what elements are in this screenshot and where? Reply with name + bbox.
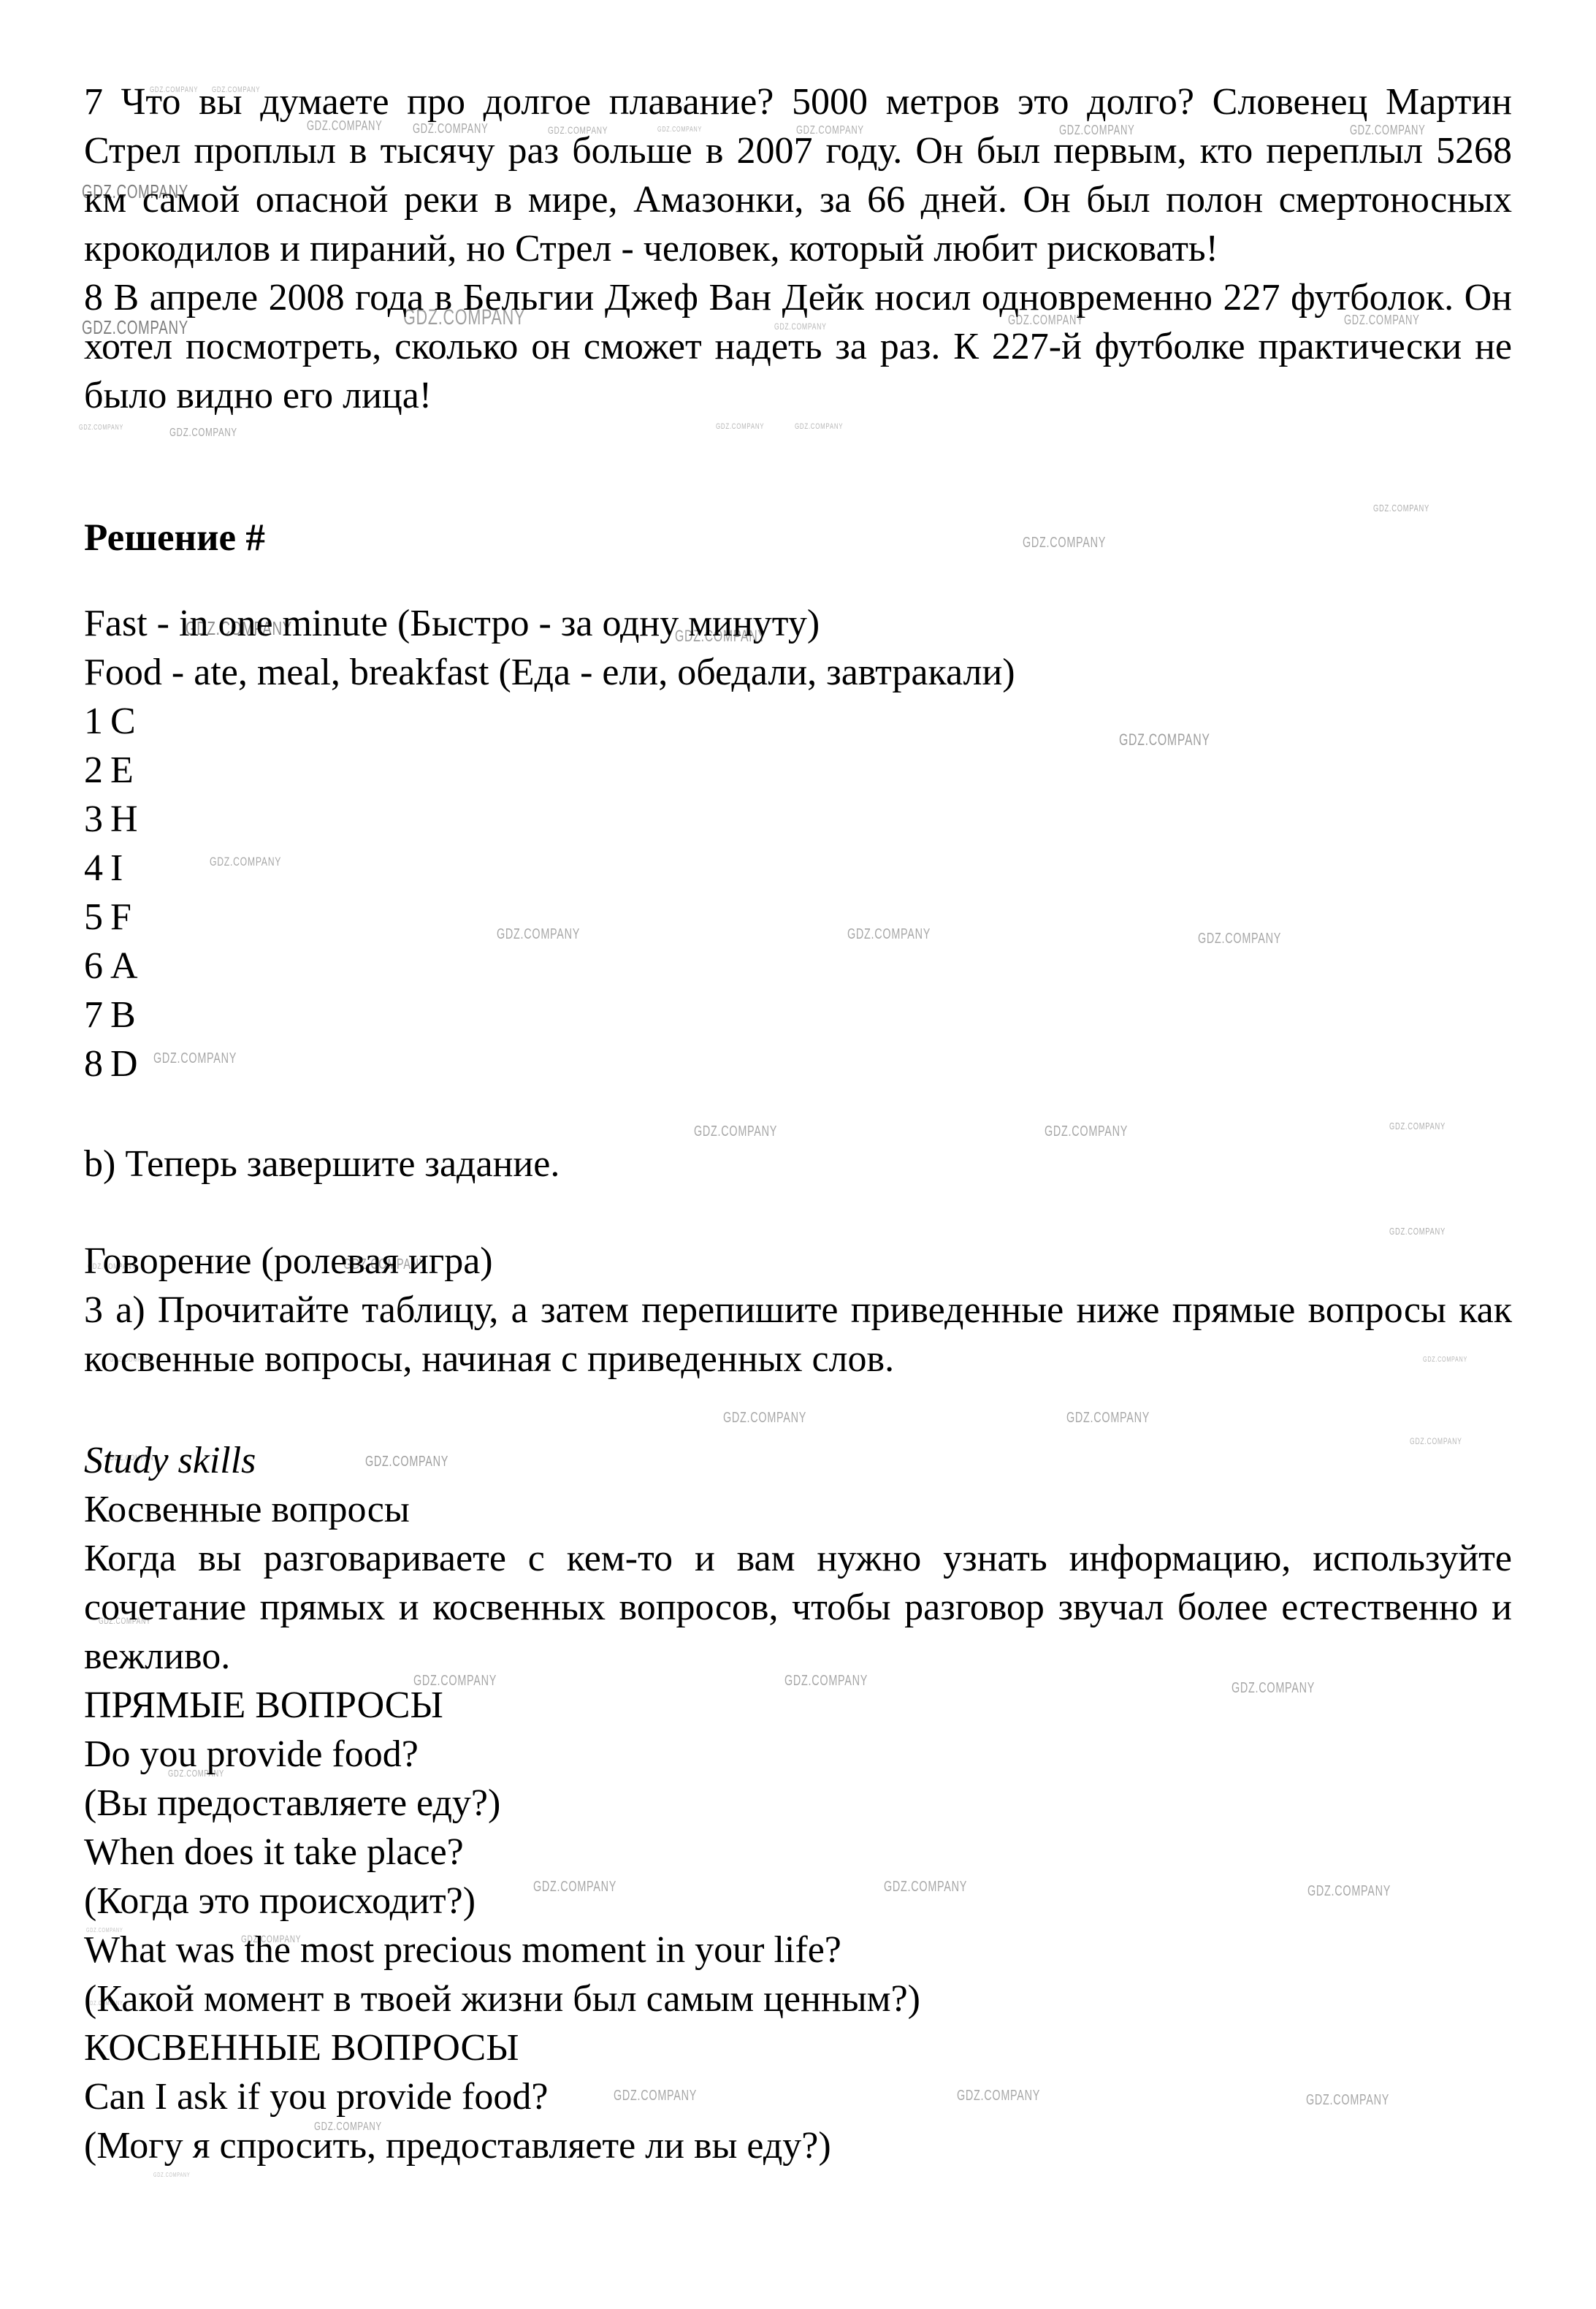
study-skills-heading: Study skills [84,1436,1512,1485]
answer-number: 4 [84,847,103,889]
watermark-text: GDZ.COMPANY [153,2172,190,2178]
answers-list: 1C 2E 3H 4I 5F 6A 7B 8D [84,697,1512,1088]
answer-letter: C [110,701,136,742]
task-3a-instruction: 3 a) Прочитайте таблицу, а затем перепиш… [84,1286,1512,1384]
direct-question-3-en: What was the most precious moment in you… [84,1926,1512,1974]
document-page: GDZ.COMPANYGDZ.COMPANYGDZ.COMPANYGDZ.COM… [0,0,1596,2309]
answer-row-7: 7B [84,991,1512,1039]
direct-questions-heading: ПРЯМЫЕ ВОПРОСЫ [84,1681,1512,1730]
solution-heading: Решение # [84,514,1512,562]
answer-letter: D [110,1043,138,1085]
answer-row-1: 1C [84,697,1512,746]
answer-number: 2 [84,749,103,791]
answer-number: 6 [84,945,103,987]
direct-question-1-en: Do you provide food? [84,1730,1512,1779]
document-content: 7 Что вы думаете про долгое плавание? 50… [0,0,1596,2170]
indirect-question-1-en: Can I ask if you provide food? [84,2072,1512,2121]
study-skills-text: Когда вы разговариваете с кем-то и вам н… [84,1534,1512,1681]
answer-number: 5 [84,896,103,938]
answer-number: 7 [84,994,103,1036]
paragraph-8: 8 В апреле 2008 года в Бельгии Джеф Ван … [84,273,1512,420]
vocab-line-fast: Fast - in one minute (Быстро - за одну м… [84,599,1512,648]
answer-row-3: 3H [84,795,1512,844]
part-b-instruction: b) Теперь завершите задание. [84,1140,1512,1188]
answer-letter: A [110,945,138,987]
answer-letter: H [110,798,138,840]
vocab-line-food: Food - ate, meal, breakfast (Еда - ели, … [84,648,1512,697]
answer-number: 3 [84,798,103,840]
answer-number: 8 [84,1043,103,1085]
answer-letter: E [110,749,134,791]
speaking-heading: Говорение (ролевая игра) [84,1237,1512,1286]
direct-question-2-en: When does it take place? [84,1828,1512,1877]
answer-letter: B [110,994,136,1036]
indirect-questions-title: Косвенные вопросы [84,1485,1512,1534]
answer-row-4: 4I [84,844,1512,893]
indirect-question-1-ru: (Могу я спросить, предоставляете ли вы е… [84,2121,1512,2170]
indirect-questions-heading: КОСВЕННЫЕ ВОПРОСЫ [84,2023,1512,2072]
answer-number: 1 [84,701,103,742]
answer-letter: F [110,896,131,938]
answer-row-2: 2E [84,746,1512,795]
paragraph-7: 7 Что вы думаете про долгое плавание? 50… [84,77,1512,273]
answer-letter: I [110,847,123,889]
answer-row-5: 5F [84,893,1512,942]
direct-question-2-ru: (Когда это происходит?) [84,1877,1512,1926]
answer-row-6: 6A [84,942,1512,991]
answer-row-8: 8D [84,1039,1512,1088]
direct-question-1-ru: (Вы предоставляете еду?) [84,1779,1512,1828]
direct-question-3-ru: (Какой момент в твоей жизни был самым це… [84,1974,1512,2023]
